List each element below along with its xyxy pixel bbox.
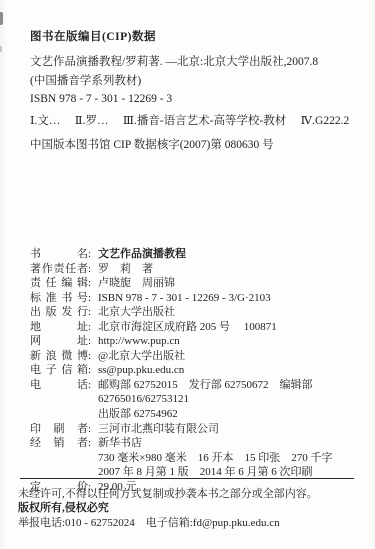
detail-row-printer: 印刷者:三河市北燕印装有限公司 <box>30 422 360 437</box>
cip-registration-line: 中国版本图书馆 CIP 数据核字(2007)第 080630 号 <box>30 136 352 155</box>
copyright-footer: 未经许可,不得以任何方式复制或抄袭本书之部分或全部内容。 版权所有,侵权必究 举… <box>18 487 363 530</box>
detail-value: 三河市北燕印装有限公司 <box>98 422 219 437</box>
copyright-page: 文艺作品演播教程/罗莉著. —北京:北京大学出版社,2007.8 图书在版编目(… <box>0 0 375 549</box>
scan-artifact <box>0 46 2 52</box>
detail-value: ISBN 978 - 7 - 301 - 12269 - 3/G·2103 <box>98 291 271 306</box>
detail-value: 730 毫米×980 毫米 16 开本 15 印张 270 千字 <box>98 451 332 466</box>
detail-label: 责任编辑 <box>30 276 88 291</box>
cip-isbn-line: ISBN 978 - 7 - 301 - 12269 - 3 <box>30 90 352 109</box>
label-colon: : <box>88 363 93 378</box>
detail-label: 新浪微博 <box>30 349 88 364</box>
detail-row-book-title: 书名:文艺作品演播教程 <box>30 247 360 262</box>
detail-label: 印刷者 <box>30 422 88 437</box>
cip-book-line: 文艺作品演播教程/罗莉著. —北京:北京大学出版社,2007.8 <box>30 53 352 72</box>
label-colon: : <box>88 436 93 451</box>
detail-label: 出版发行 <box>30 305 88 320</box>
detail-row-phone-cont: :出版部 62754962 <box>30 407 360 422</box>
label-colon: : <box>88 334 93 349</box>
label-colon: : <box>88 291 93 306</box>
detail-value: 新华书店 <box>98 436 142 451</box>
label-colon: : <box>88 349 93 364</box>
label-colon: : <box>88 247 93 262</box>
label-colon: : <box>88 422 93 437</box>
detail-value: 出版部 62754962 <box>98 407 178 422</box>
detail-row-editors: 责任编辑:卢晓旎 周丽锦 <box>30 276 360 291</box>
cip-heading: 图书在版编目(CIP)数据 <box>30 31 352 44</box>
permission-notice: 未经许可,不得以任何方式复制或抄袭本书之部分或全部内容。 <box>18 487 363 501</box>
detail-label: 经销者 <box>30 436 88 451</box>
label-colon: : <box>88 262 93 277</box>
detail-value: ss@pup.pku.edu.cn <box>98 363 184 378</box>
detail-value: 北京市海淀区成府路 205 号 100871 <box>98 320 277 335</box>
detail-row-weibo: 新浪微博:@北京大学出版社 <box>30 349 360 364</box>
label-colon: : <box>88 378 93 407</box>
detail-label: 地址 <box>30 320 88 335</box>
detail-row-format: :730 毫米×980 毫米 16 开本 15 印张 270 千字 <box>30 451 360 466</box>
cip-classification-line: Ⅰ.文… Ⅱ.罗… Ⅲ.播音-语言艺术-高等学校-教材 Ⅳ.G222.2 <box>30 112 352 131</box>
detail-label: 书名 <box>30 247 88 262</box>
scan-artifact <box>0 12 3 25</box>
detail-value: 北京大学出版社 <box>98 305 175 320</box>
detail-label: 电子信箱 <box>30 363 88 378</box>
detail-label: 网址 <box>30 334 88 349</box>
detail-value: http://www.pup.cn <box>98 334 180 349</box>
label-colon: : <box>88 305 93 320</box>
detail-row-distributor: 经销者:新华书店 <box>30 436 360 451</box>
detail-value: 邮购部 62752015 发行部 62750672 编辑部 62765016/6… <box>98 378 360 407</box>
detail-row-publisher: 出版发行:北京大学出版社 <box>30 305 360 320</box>
cip-series-line: (中国播音学系列教材) <box>30 72 352 91</box>
detail-row-phone: 电话:邮购部 62752015 发行部 62750672 编辑部 6276501… <box>30 378 360 407</box>
detail-value: @北京大学出版社 <box>98 349 185 364</box>
footer-divider <box>20 478 354 479</box>
detail-label: 标准书号 <box>30 291 88 306</box>
publication-details: 书名:文艺作品演播教程 著作责任者:罗 莉 著 责任编辑:卢晓旎 周丽锦 标准书… <box>30 247 360 494</box>
detail-row-website: 网址:http://www.pup.cn <box>30 334 360 349</box>
detail-label: 电话 <box>30 378 88 407</box>
detail-row-email: 电子信箱:ss@pup.pku.edu.cn <box>30 363 360 378</box>
detail-value: 文艺作品演播教程 <box>98 247 186 262</box>
detail-row-isbn: 标准书号:ISBN 978 - 7 - 301 - 12269 - 3/G·21… <box>30 291 360 306</box>
cip-section: 文艺作品演播教程/罗莉著. —北京:北京大学出版社,2007.8 图书在版编目(… <box>30 31 352 155</box>
detail-value: 罗 莉 著 <box>98 262 153 277</box>
detail-row-author: 著作责任者:罗 莉 著 <box>30 262 360 277</box>
copyright-statement: 版权所有,侵权必究 <box>18 501 363 515</box>
detail-label <box>30 407 88 422</box>
detail-label <box>30 451 88 466</box>
detail-value: 卢晓旎 周丽锦 <box>98 276 175 291</box>
detail-label: 著作责任者 <box>30 262 88 277</box>
report-contact-line: 举报电话:010 - 62752024 电子信箱:fd@pup.pku.edu.… <box>18 516 363 530</box>
detail-row-address: 地址:北京市海淀区成府路 205 号 100871 <box>30 320 360 335</box>
label-colon: : <box>88 320 93 335</box>
label-colon: : <box>88 276 93 291</box>
